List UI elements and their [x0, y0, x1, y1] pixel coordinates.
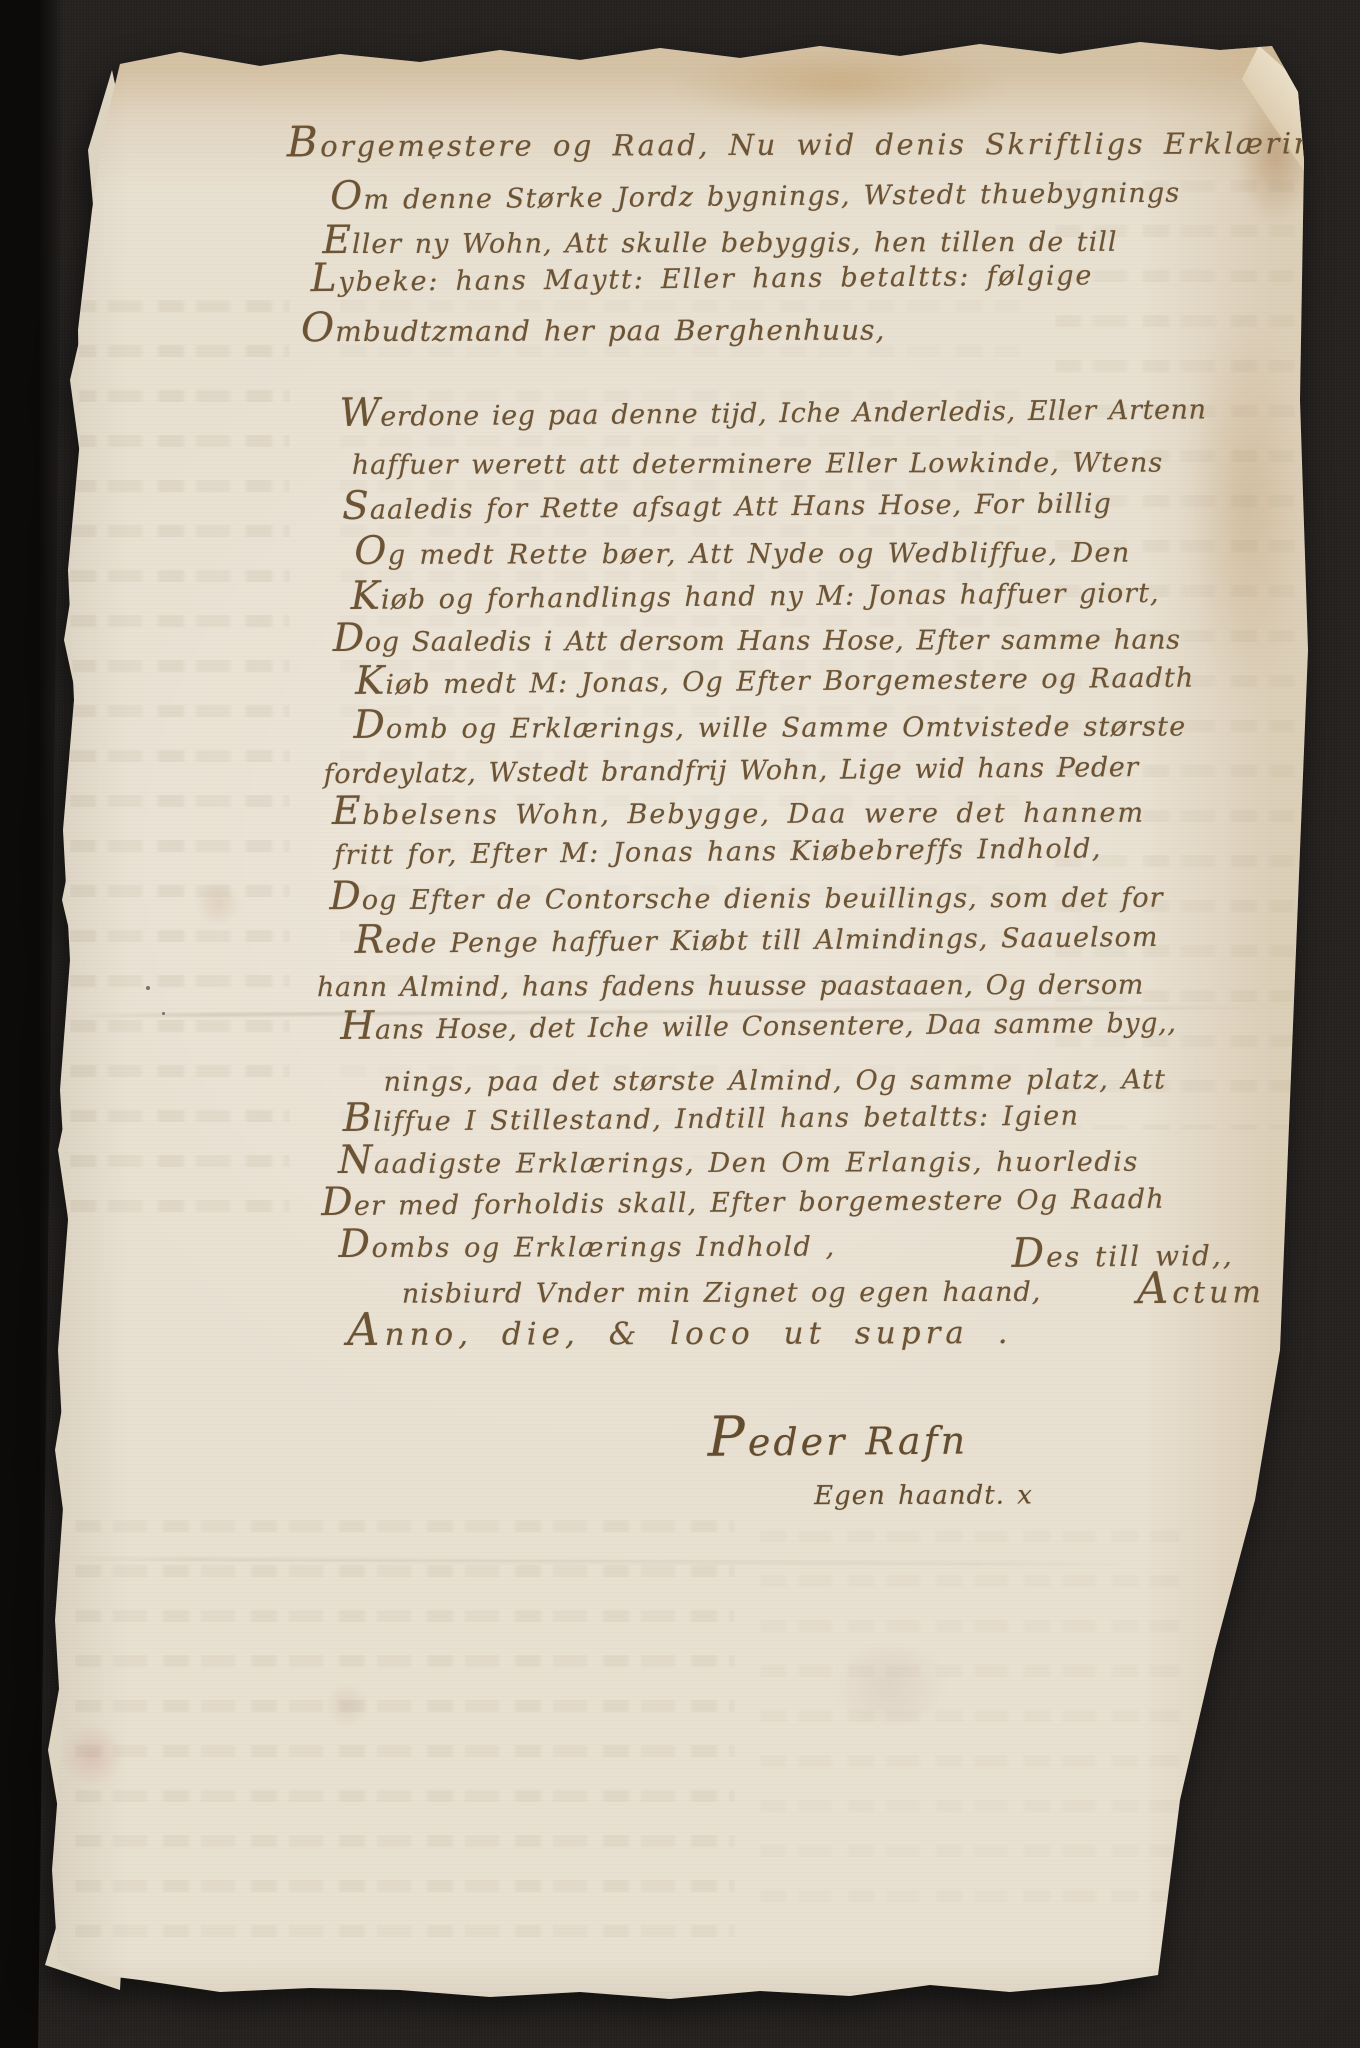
manuscript-line: Ombudtzmand her paa Berghenhuus,	[301, 317, 885, 347]
manuscript-line: Saaledis for Rette afsagt Att Hans Hose,…	[342, 490, 1112, 524]
manuscript-line: Bliffue I Stillestand, Indtill hans beta…	[343, 1103, 1080, 1136]
manuscript-line: Anno, die, & loco ut supra .	[347, 1318, 1013, 1351]
manuscript-line: Borgemestere og Raad, Nu wid denis Skrif…	[287, 129, 1348, 161]
manuscript-line: Rede Penge haffuer Kiøbt till Almindings…	[355, 924, 1159, 958]
manuscript-photo: Borgemestere og Raad, Nu wid denis Skrif…	[0, 0, 1360, 2048]
signature-name: Peder Rafn	[708, 1422, 969, 1462]
manuscript-line: Lybeke: hans Maytt: Eller hans betaltts:…	[311, 262, 1094, 296]
manuscript-line: Dog Efter de Contorsche dienis beuilling…	[329, 885, 1163, 914]
manuscript-line: Werdone ieg paa denne tijd, Iche Anderle…	[339, 396, 1206, 431]
manuscript-line: fordeylatz, Wstedt brandfrij Wohn, Lige …	[324, 754, 1139, 788]
manuscript-line: Des till wid,,	[1012, 1242, 1234, 1272]
manuscript-line: Actum	[1137, 1278, 1265, 1309]
manuscript-line: nisbiurd Vnder min Zignet og egen haand,	[402, 1279, 1042, 1308]
manuscript-line: Dog Saaledis i Att dersom Hans Hose, Eft…	[333, 627, 1181, 657]
manuscript-line: Domb og Erklærings, wille Samme Omtviste…	[353, 713, 1186, 742]
handwritten-text: Borgemestere og Raad, Nu wid denis Skrif…	[0, 0, 1360, 2048]
signature-attestation: Egen haandt. x	[814, 1482, 1033, 1509]
manuscript-line: Om denne Størke Jordz bygnings, Wstedt t…	[330, 180, 1180, 214]
manuscript-line: haffuer werett att determinere Eller Low…	[352, 450, 1163, 479]
manuscript-line: Kiøb medt M: Jonas, Og Efter Borgemester…	[355, 665, 1194, 699]
manuscript-line: hann Almind, hans fadens huusse paastaae…	[317, 972, 1144, 1001]
manuscript-line: Eller ny Wohn, Att skulle bebyggis, hen …	[322, 229, 1117, 258]
manuscript-page: Borgemestere og Raad, Nu wid denis Skrif…	[0, 0, 1360, 2048]
manuscript-line: Og medt Rette bøer, Att Nyde og Wedbliff…	[354, 540, 1130, 569]
manuscript-line: Ebbelsens Wohn, Bebygge, Daa were det ha…	[332, 800, 1145, 829]
manuscript-line: Naadigste Erklærings, Den Om Erlangis, h…	[338, 1149, 1139, 1178]
manuscript-line: Hans Hose, det Iche wille Consentere, Da…	[340, 1010, 1176, 1044]
manuscript-line: nings, paa det største Almind, Og samme …	[384, 1066, 1167, 1095]
manuscript-line: Dombs og Erklærings Indhold ,	[339, 1234, 836, 1262]
manuscript-line: Der med forholdis skall, Efter borgemest…	[321, 1186, 1165, 1220]
page-stack: Borgemestere og Raad, Nu wid denis Skrif…	[0, 0, 1360, 2048]
manuscript-line: Kiøb og forhandlings hand ny M: Jonas ha…	[351, 580, 1160, 614]
manuscript-line: fritt for, Efter M: Jonas hans Kiøbebref…	[334, 835, 1102, 869]
